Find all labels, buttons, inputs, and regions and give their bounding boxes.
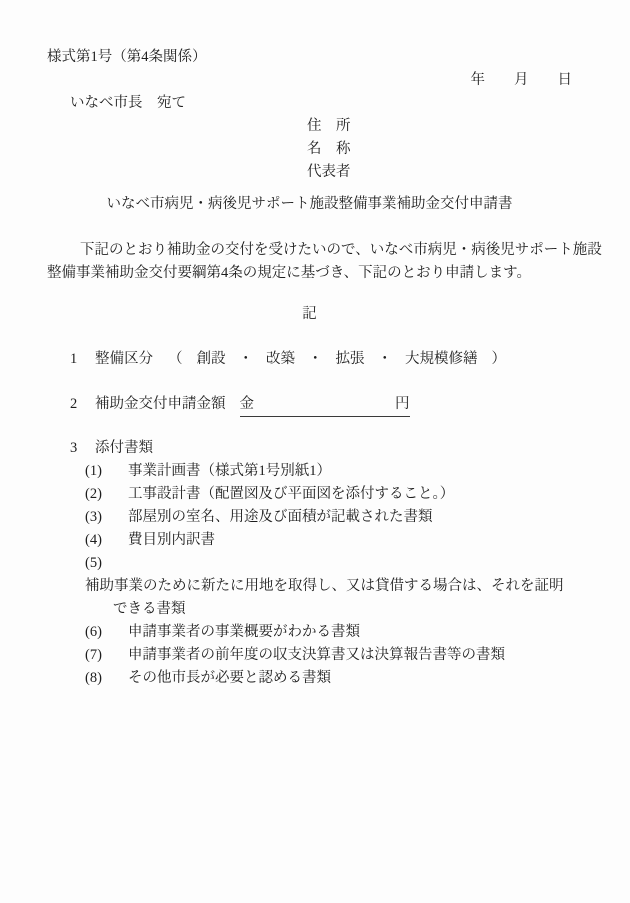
attachment-item-number: (2)	[85, 483, 128, 506]
attachment-item-7: (7)申請事業者の前年度の収支決算書又は決算報告書等の書類	[85, 644, 572, 667]
section-attachments-header: 3添付書類	[70, 437, 572, 460]
date-line: 年 月 日	[47, 69, 572, 92]
section1-number: 1	[70, 348, 95, 371]
section-application-amount: 2補助金交付申請金額金円	[70, 393, 572, 416]
attachment-item-text: 部屋別の室名、用途及び面積が記載された書類	[128, 509, 433, 525]
amount-prefix: 金	[240, 393, 255, 416]
section-improvement-category: 1整備区分（創設・改築・拡張・大規模修繕）	[70, 348, 572, 371]
applicant-address-label: 住 所	[307, 115, 572, 138]
option-separator: ・	[239, 351, 254, 367]
body-paragraph-line1: 下記のとおり補助金の交付を受けたいので、いなべ市病児・病後児サポート施設	[47, 239, 567, 262]
option-separator: ・	[308, 351, 323, 367]
form-number: 様式第1号（第4条関係）	[47, 46, 572, 69]
section2-number: 2	[70, 393, 95, 416]
section1-label: 整備区分	[95, 351, 153, 367]
options-paren-open: （	[168, 351, 183, 367]
attachment-item-6: (6)申請事業者の事業概要がわかる書類	[85, 621, 572, 644]
attachment-item-2: (2)工事設計書（配置図及び平面図を添付すること。）	[85, 483, 572, 506]
document-page: 様式第1号（第4条関係） 年 月 日 いなべ市長 宛て 住 所 名 称 代表者 …	[0, 0, 630, 903]
attachment-list: (1)事業計画書（様式第1号別紙1） (2)工事設計書（配置図及び平面図を添付す…	[85, 460, 572, 690]
amount-suffix: 円	[395, 393, 410, 416]
document-title: いなべ市病児・病後児サポート施設整備事業補助金交付申請書	[47, 193, 572, 216]
applicant-name-label: 名 称	[307, 138, 572, 161]
attachment-item-text: 申請事業者の前年度の収支決算書又は決算報告書等の書類	[128, 647, 505, 663]
attachment-item-8: (8)その他市長が必要と認める書類	[85, 667, 572, 690]
applicant-representative-label: 代表者	[307, 161, 572, 184]
option-separator: ・	[378, 351, 393, 367]
body-paragraph-line2: 整備事業補助金交付要綱第4条の規定に基づき、下記のとおり申請します。	[47, 262, 567, 285]
attachment-item-number: (1)	[85, 460, 128, 483]
attachment-item-number: (8)	[85, 667, 128, 690]
attachment-item-text: 工事設計書（配置図及び平面図を添付すること。）	[128, 486, 454, 502]
attachment-item-text: 費目別内訳書	[128, 532, 215, 548]
attachment-item-number: (4)	[85, 529, 128, 552]
attachment-item-number: (7)	[85, 644, 128, 667]
attachment-item-text: 事業計画書（様式第1号別紙1）	[128, 463, 331, 479]
attachment-item-text-continued: できる書類	[113, 598, 572, 621]
section3-label: 添付書類	[95, 440, 153, 456]
attachment-item-text: その他市長が必要と認める書類	[128, 670, 331, 686]
attachment-item-text: 補助事業のために新たに用地を取得し、又は貸借する場合は、それを証明	[85, 578, 564, 594]
attachment-item-4: (4)費目別内訳書	[85, 529, 572, 552]
attachment-item-1: (1)事業計画書（様式第1号別紙1）	[85, 460, 572, 483]
options-paren-close: ）	[492, 351, 507, 367]
applicant-block: 住 所 名 称 代表者	[307, 115, 572, 184]
option-establish: 創設	[197, 351, 226, 367]
amount-blank-field: 金円	[240, 393, 410, 417]
attachment-item-number: (5)	[85, 552, 128, 575]
body-paragraph: 下記のとおり補助金の交付を受けたいので、いなべ市病児・病後児サポート施設 整備事…	[47, 239, 567, 285]
note-heading: 記	[47, 303, 572, 326]
option-expand: 拡張	[336, 351, 365, 367]
section3-number: 3	[70, 437, 95, 460]
option-major-repair: 大規模修繕	[405, 351, 478, 367]
attachment-item-3: (3)部屋別の室名、用途及び面積が記載された書類	[85, 506, 572, 529]
option-rebuild: 改築	[266, 351, 295, 367]
attachment-item-text: 申請事業者の事業概要がわかる書類	[128, 624, 360, 640]
attachment-item-number: (6)	[85, 621, 128, 644]
attachment-item-number: (3)	[85, 506, 128, 529]
addressee-line: いなべ市長 宛て	[70, 92, 572, 115]
section2-label: 補助金交付申請金額	[95, 396, 226, 412]
attachment-item-5: (5)補助事業のために新たに用地を取得し、又は貸借する場合は、それを証明 できる…	[85, 552, 572, 621]
